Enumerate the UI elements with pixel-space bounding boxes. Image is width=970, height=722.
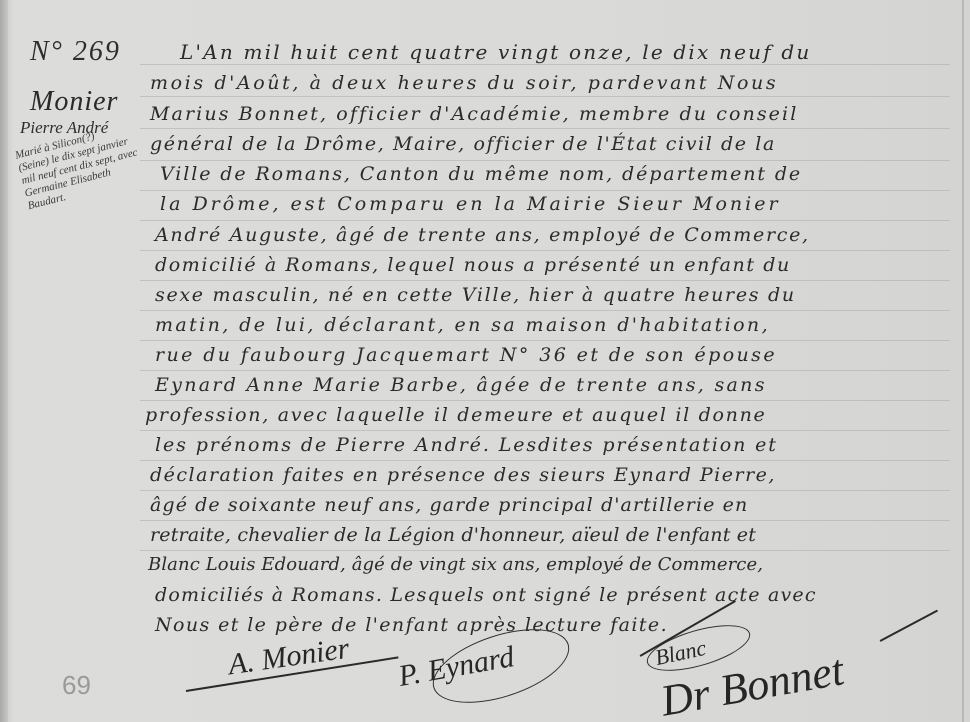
body-line-14: les prénoms de Pierre André. Lesdites pr… xyxy=(155,434,778,456)
ruled-line xyxy=(140,250,950,251)
body-line-4: général de la Drôme, Maire, officier de … xyxy=(150,133,776,155)
ruled-line xyxy=(140,64,950,65)
body-line-11: rue du faubourg Jacquemart N° 36 et de s… xyxy=(155,344,777,366)
ruled-line xyxy=(140,370,950,371)
ruled-line xyxy=(140,520,950,521)
page-right-edge xyxy=(962,0,964,722)
signature-underline xyxy=(880,610,938,642)
body-line-12: Eynard Anne Marie Barbe, âgée de trente … xyxy=(155,374,767,396)
body-line-18: Blanc Louis Edouard, âgé de vingt six an… xyxy=(148,554,763,575)
body-line-19: domiciliés à Romans. Lesquels ont signé … xyxy=(155,584,817,606)
folio-number: 69 xyxy=(62,670,91,701)
ruled-line xyxy=(140,96,950,97)
ruled-line xyxy=(140,490,950,491)
page-binding-edge xyxy=(0,0,8,722)
body-line-7: André Auguste, âgé de trente ans, employ… xyxy=(155,224,810,246)
body-line-17: retraite, chevalier de la Légion d'honne… xyxy=(150,524,756,546)
body-line-15: déclaration faites en présence des sieur… xyxy=(150,464,776,486)
ruled-line xyxy=(140,460,950,461)
ruled-line xyxy=(140,128,950,129)
body-line-9: sexe masculin, né en cette Ville, hier à… xyxy=(155,284,796,306)
body-line-10: matin, de lui, déclarant, en sa maison d… xyxy=(155,314,770,336)
ruled-line xyxy=(140,550,950,551)
ruled-line xyxy=(140,430,950,431)
body-line-5: Ville de Romans, Canton du même nom, dép… xyxy=(160,163,802,185)
body-line-13: profession, avec laquelle il demeure et … xyxy=(145,404,766,426)
ruled-line xyxy=(140,340,950,341)
body-line-1: L'An mil huit cent quatre vingt onze, le… xyxy=(180,40,812,64)
act-number: N° 269 xyxy=(30,36,121,68)
ruled-line xyxy=(140,280,950,281)
ruled-line xyxy=(140,190,950,191)
ruled-line xyxy=(140,220,950,221)
body-line-2: mois d'Août, à deux heures du soir, pard… xyxy=(150,72,778,94)
margin-surname: Monier xyxy=(30,86,118,118)
ruled-line xyxy=(140,310,950,311)
body-line-3: Marius Bonnet, officier d'Académie, memb… xyxy=(150,103,798,125)
register-page: N° 269 Monier Pierre André Marié à Silic… xyxy=(0,0,970,722)
body-line-6: la Drôme, est Comparu en la Mairie Sieur… xyxy=(160,193,781,215)
body-line-20: Nous et le père de l'enfant après lectur… xyxy=(155,614,668,636)
ruled-line xyxy=(140,160,950,161)
ruled-line xyxy=(140,400,950,401)
body-line-16: âgé de soixante neuf ans, garde principa… xyxy=(150,494,748,516)
body-line-8: domicilié à Romans, lequel nous a présen… xyxy=(155,254,791,276)
